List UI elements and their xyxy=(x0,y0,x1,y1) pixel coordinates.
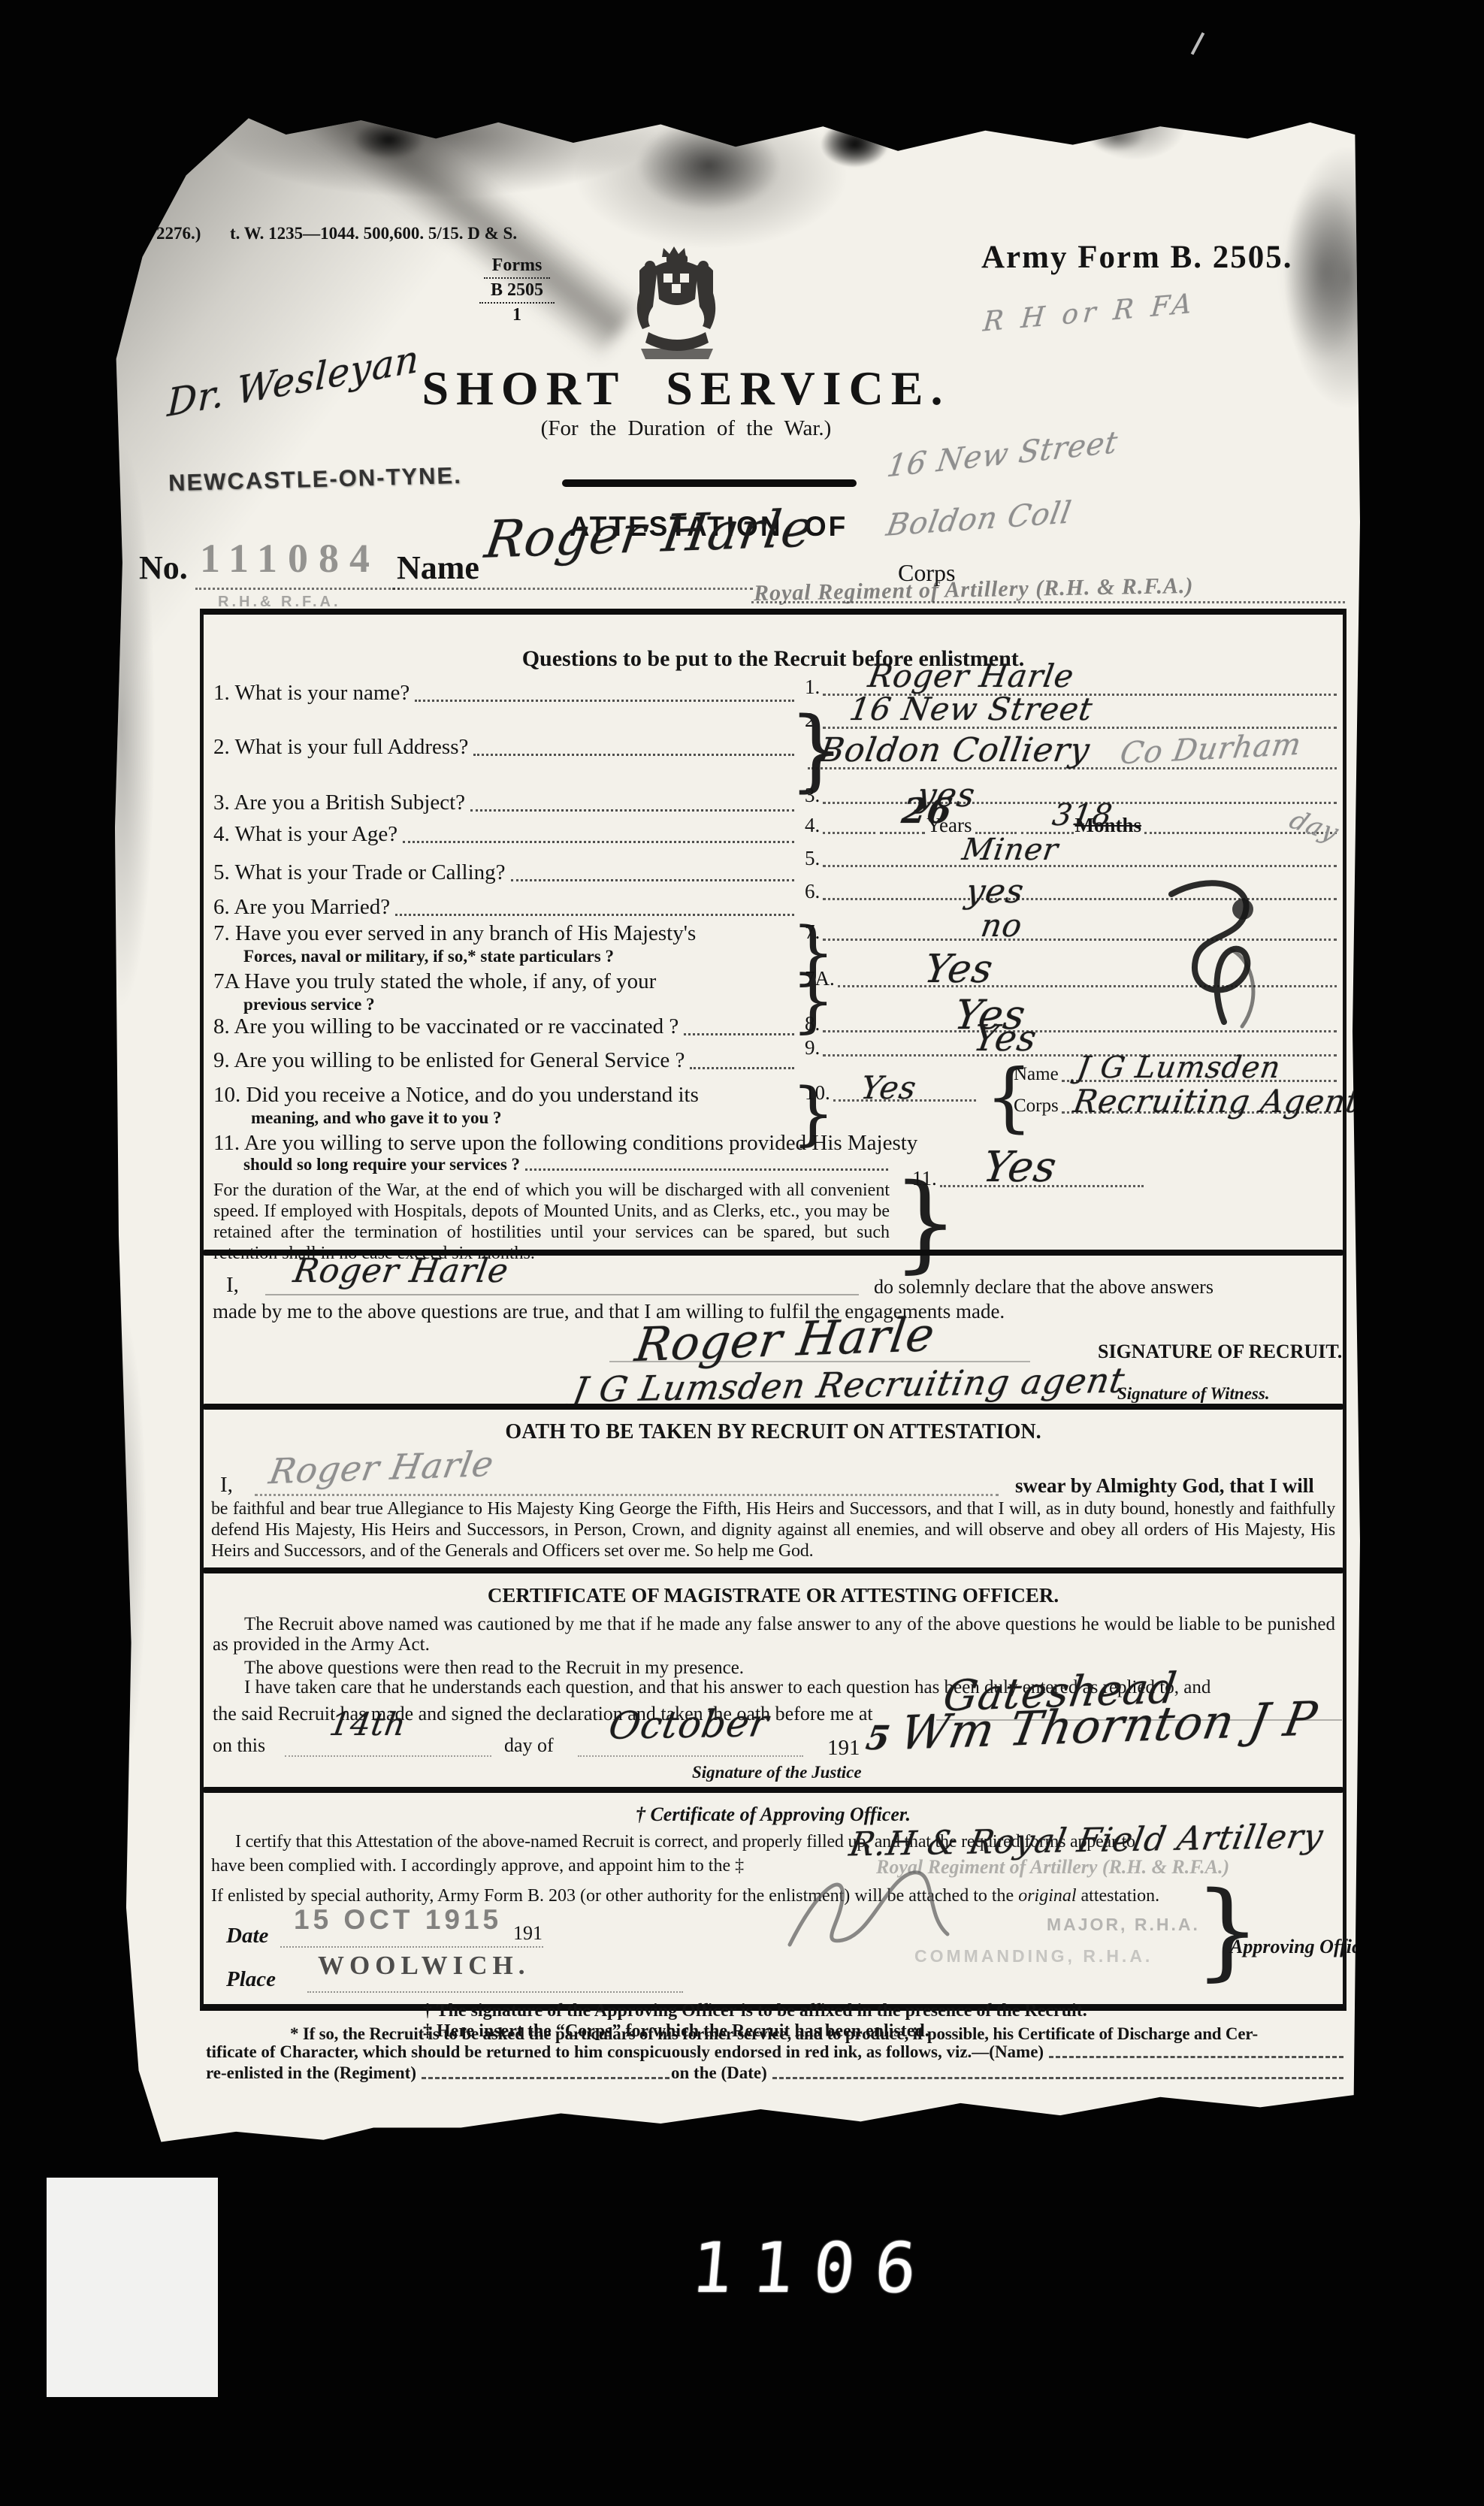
footnote-line3b: on the (Date) xyxy=(671,2063,767,2083)
dot-line xyxy=(823,832,875,834)
forms-box: Forms B 2505 1 xyxy=(478,255,556,325)
officer-signature-scrawl xyxy=(775,1862,1023,1960)
newcastle-stamp: NEWCASTLE-ON-TYNE. xyxy=(168,462,463,497)
answer-4-num: 4. xyxy=(805,814,820,837)
film-scratch xyxy=(1191,32,1205,55)
answer-4-months-script: 318 xyxy=(1050,798,1115,833)
officer-rank-stamp: MAJOR, R.H.A. xyxy=(1047,1915,1200,1935)
question-2: 2. What is your full Address? xyxy=(213,735,796,760)
microfilm-page: J. 2276.) t. W. 1235—1044. 500,600. 5/15… xyxy=(0,0,1484,2506)
dot-leader xyxy=(525,1168,888,1171)
question-6-text: 6. Are you Married? xyxy=(213,895,390,920)
officer-cmd-stamp: COMMANDING, R.H.A. xyxy=(914,1946,1153,1966)
footnote-line3: re-enlisted in the (Regiment) on the (Da… xyxy=(206,2063,1345,2083)
answer-11: 11. Yes xyxy=(912,1160,1145,1190)
oath-i: I, xyxy=(220,1473,233,1498)
service-number-stamp: 111084 xyxy=(200,535,380,582)
question-11-line2: should so long require your services ? xyxy=(243,1155,890,1174)
dot-leader xyxy=(470,809,794,812)
ink-stain xyxy=(1088,122,1144,152)
question-3: 3. Are you a British Subject? xyxy=(213,790,796,815)
question-5: 5. What is your Trade or Calling? xyxy=(213,860,796,885)
question-2-text: 2. What is your full Address? xyxy=(213,735,468,760)
dash-leader xyxy=(1049,2056,1343,2058)
print-specs: t. W. 1235—1044. 500,600. 5/15. D & S. xyxy=(230,224,517,243)
edge-smudge xyxy=(1283,182,1366,362)
approving-officer-label: Approving Officer. xyxy=(1230,1936,1380,1958)
notice-corps-script: Recruiting Agent xyxy=(1071,1083,1362,1120)
day-of-label: day of xyxy=(504,1734,554,1757)
no-underline xyxy=(195,588,400,590)
year-script: 5 xyxy=(863,1719,893,1758)
fold-shadow xyxy=(254,32,644,360)
question-9: 9. Are you willing to be enlisted for Ge… xyxy=(213,1048,796,1073)
forms-page: 1 xyxy=(478,305,556,325)
dot-leader xyxy=(684,1033,794,1035)
approving-para2-post: attestation. xyxy=(1077,1886,1160,1906)
oath-heading: OATH TO BE TAKEN BY RECRUIT ON ATTESTATI… xyxy=(204,1420,1343,1444)
answer-6-num: 6. xyxy=(805,880,820,903)
no-label: No. xyxy=(139,549,188,587)
ink-stain xyxy=(353,120,425,159)
notice-name-label: Name xyxy=(1014,1064,1059,1085)
answer-3-num: 3. xyxy=(805,784,820,807)
question-1: 1. What is your name? xyxy=(213,681,796,706)
declaration-name-script: Roger Harle xyxy=(291,1252,512,1290)
question-7-line1: 7. Have you ever served in any branch of… xyxy=(213,921,696,946)
dot-leader xyxy=(415,700,794,702)
answer-11-script: Yes xyxy=(980,1143,1060,1192)
answer-5: 5. Miner xyxy=(805,839,1338,870)
ink-stain xyxy=(637,120,780,210)
attestation-form-paper: J. 2276.) t. W. 1235—1044. 500,600. 5/15… xyxy=(111,114,1360,2152)
army-form-number: Army Form B. 2505. xyxy=(981,239,1293,276)
royal-crest-icon xyxy=(633,243,720,370)
dot-leader xyxy=(403,841,794,843)
declaration-line1-rest: do solemnly declare that the above answe… xyxy=(874,1276,1213,1298)
answer-5-num: 5. xyxy=(805,847,820,870)
question-6: 6. Are you Married? xyxy=(213,895,796,920)
answer-7-script: no xyxy=(978,907,1025,944)
pen-scribble xyxy=(1141,879,1280,1041)
oath-name-script: Roger Harle xyxy=(266,1443,497,1492)
dot-line xyxy=(823,865,1337,867)
question-8-text: 8. Are you willing to be vaccinated or r… xyxy=(213,1014,679,1039)
year-print: 191 xyxy=(827,1736,860,1761)
pencil-unit-note: R H or R FA xyxy=(982,288,1198,337)
ink-stain xyxy=(822,117,890,167)
question-1-text: 1. What is your name? xyxy=(213,681,410,706)
dash-leader xyxy=(772,2077,1343,2079)
frame-number: 1106 xyxy=(688,2228,939,2308)
question-11-line1: 11. Are you willing to serve upon the fo… xyxy=(213,1131,917,1156)
film-white-patch xyxy=(47,2178,218,2397)
question-7-line2: Forces, naval or military, if so,* state… xyxy=(243,947,614,966)
answer-4: 4. 26 Years 318 Months day xyxy=(805,806,1338,837)
question-4: 4. What is your Age? xyxy=(213,822,796,847)
magistrate-para1: The Recruit above named was cautioned by… xyxy=(213,1614,1335,1655)
question-7a-line2: previous service ? xyxy=(243,995,375,1014)
answer-10-corps-row: Corps Recruiting Agent xyxy=(1014,1087,1338,1117)
answer-11-num: 11. xyxy=(912,1167,937,1190)
dot-leader xyxy=(473,754,794,756)
answer-2-script2b: Co Durham xyxy=(1117,727,1304,771)
witness-signature-label: Signature of Witness. xyxy=(1117,1384,1270,1404)
answer-6-script: yes xyxy=(963,872,1027,911)
approving-para2-italic: original xyxy=(1018,1886,1076,1906)
question-8: 8. Are you willing to be vaccinated or r… xyxy=(213,1014,796,1039)
dot-leader xyxy=(690,1067,794,1069)
answer-2-line2: Boldon Colliery Co Durham xyxy=(805,741,1338,772)
dash-leader xyxy=(422,2077,669,2079)
answer-1-script: Roger Harle xyxy=(866,657,1077,694)
title-rule xyxy=(562,479,857,487)
answer-2-script1: 16 New Street xyxy=(847,691,1096,727)
section-rule xyxy=(202,1404,1344,1410)
answer-5-script: Miner xyxy=(960,833,1061,867)
answer-2-script2: Boldon Colliery xyxy=(817,731,1093,769)
place-underline xyxy=(307,1972,683,1993)
question-10-line1: 10. Did you receive a Notice, and do you… xyxy=(213,1083,699,1108)
form-title: SHORT SERVICE. xyxy=(397,361,975,416)
footnote-line2: tificate of Character, which should be r… xyxy=(206,2042,1345,2062)
question-3-text: 3. Are you a British Subject? xyxy=(213,790,465,815)
forms-number: B 2505 xyxy=(478,280,556,301)
answer-7a-script: Yes xyxy=(921,947,996,992)
answer-10: 10. Yes xyxy=(805,1075,978,1105)
oath-lead: swear by Almighty God, that I will xyxy=(1015,1474,1314,1498)
recruit-name-script: Roger Harle xyxy=(482,499,817,570)
form-subtitle: (For the Duration of the War.) xyxy=(397,416,975,441)
notice-corps-label: Corps xyxy=(1014,1096,1059,1117)
church-note-handwriting: Dr. Wesleyan xyxy=(167,337,421,425)
footnote-line2-text: tificate of Character, which should be r… xyxy=(206,2042,1044,2062)
section-rule xyxy=(202,1787,1344,1793)
forms-label: Forms xyxy=(478,255,556,276)
question-4-text: 4. What is your Age? xyxy=(213,822,397,847)
question-7a-line1: 7A Have you truly stated the whole, if a… xyxy=(213,969,656,994)
date-underline xyxy=(280,1927,543,1948)
approving-brace: } xyxy=(1194,1879,1261,1984)
answer-2-line1: 2. 16 New Street xyxy=(805,700,1338,732)
footnote-line1: * If so, the Recruit is to be asked the … xyxy=(290,2024,1258,2044)
month-script: October xyxy=(606,1701,772,1748)
answer-7-num: 7. xyxy=(805,920,820,944)
answer-1-num: 1. xyxy=(805,676,820,699)
question-10-line2: meaning, and who gave it to you ? xyxy=(251,1108,502,1128)
answer-10-name-row: Name J G Lumsden xyxy=(1014,1057,1338,1085)
dot-leader xyxy=(395,914,794,916)
declaration-i: I, xyxy=(226,1273,239,1298)
approving-note1-visible: † The signature of the Approving Officer… xyxy=(423,2001,1087,2021)
recruit-signature-label: SIGNATURE OF RECRUIT. xyxy=(1098,1341,1342,1363)
dot-line xyxy=(880,832,925,834)
answer-4-years-script: 26 xyxy=(899,790,956,831)
dot-leader xyxy=(511,879,794,881)
place-label: Place xyxy=(226,1967,276,1992)
answer-9-num: 9. xyxy=(805,1036,820,1060)
notice-name-script: J G Lumsden xyxy=(1074,1050,1283,1085)
answer-10-script: Yes xyxy=(858,1069,919,1106)
magistrate-para2: The above questions were then read to th… xyxy=(244,1658,744,1679)
print-code: J. 2276.) xyxy=(139,224,201,243)
question-5-text: 5. What is your Trade or Calling? xyxy=(213,860,506,885)
recruit-signature-script: Roger Harle xyxy=(632,1307,938,1372)
answer-7a-num: 7A. xyxy=(805,967,835,990)
section-rule xyxy=(202,1567,1344,1573)
questions-box: Questions to be put to the Recruit befor… xyxy=(200,609,1346,2011)
on-this-label: on this xyxy=(213,1734,265,1757)
name-underline xyxy=(392,588,753,590)
day-script: 14th xyxy=(327,1706,409,1743)
question-11-line2-text: should so long require your services ? xyxy=(243,1155,520,1174)
footnote-line3a: re-enlisted in the (Regiment) xyxy=(206,2063,416,2083)
approving-para1b: have been complied with. I accordingly a… xyxy=(211,1856,744,1876)
date-label: Date xyxy=(226,1924,268,1948)
magistrate-heading: CERTIFICATE OF MAGISTRATE OR ATTESTING O… xyxy=(204,1584,1343,1607)
answer-10-num: 10. xyxy=(805,1081,830,1105)
name-label: Name xyxy=(397,549,479,587)
witness-signature-script: J G Lumsden Recruiting agent xyxy=(570,1360,1128,1410)
question-9-text: 9. Are you willing to be enlisted for Ge… xyxy=(213,1048,685,1073)
oath-body: be faithful and bear true Allegiance to … xyxy=(211,1498,1335,1561)
date-year-print: 191 xyxy=(513,1922,543,1945)
justice-signature-label: Signature of the Justice xyxy=(692,1763,862,1782)
